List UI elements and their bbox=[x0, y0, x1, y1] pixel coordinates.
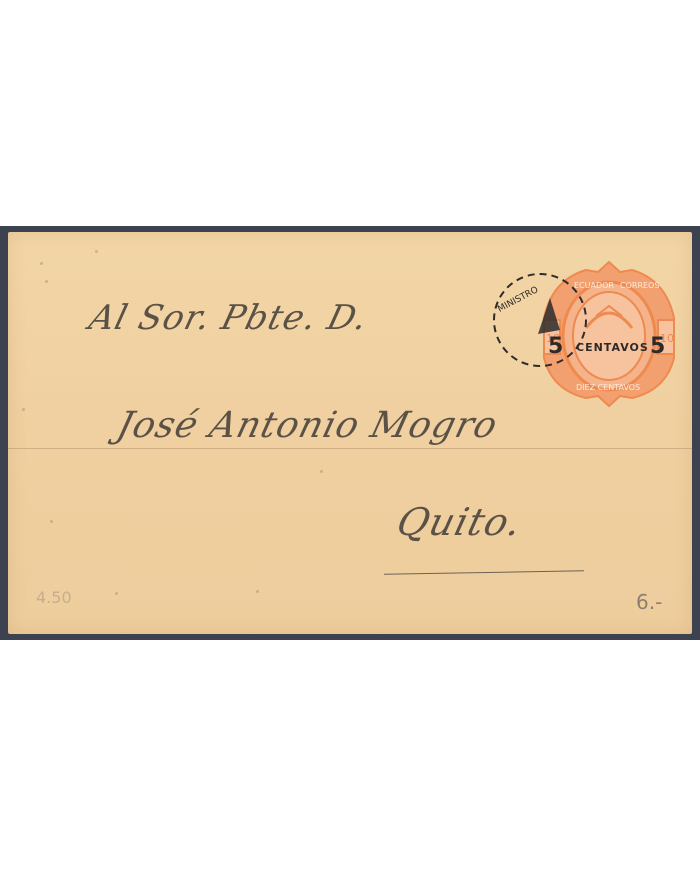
svg-text:MINISTRO: MINISTRO bbox=[496, 285, 540, 315]
surcharge-word: CENTAVOS bbox=[576, 341, 649, 354]
paper-speck bbox=[40, 262, 43, 265]
paper-speck bbox=[95, 250, 98, 253]
paper-speck bbox=[22, 408, 25, 411]
paper-speck bbox=[45, 280, 48, 283]
paper-speck bbox=[115, 592, 118, 595]
pencil-note: 4.50 bbox=[36, 588, 72, 607]
surcharge-value-right: 5 bbox=[650, 334, 665, 359]
address-line-name: José Antonio Mogro bbox=[113, 405, 502, 446]
postmark: MINISTRO bbox=[488, 268, 592, 372]
svg-text:DIEZ CENTAVOS: DIEZ CENTAVOS bbox=[576, 383, 640, 392]
address-line-city: Quito. bbox=[393, 500, 527, 544]
paper-speck bbox=[50, 520, 53, 523]
paper-speck bbox=[320, 470, 323, 473]
paper-speck bbox=[256, 590, 259, 593]
address-line-salutation: Al Sor. Pbte. D. bbox=[85, 298, 372, 338]
fold-line bbox=[8, 448, 692, 449]
svg-text:CORREOS: CORREOS bbox=[620, 281, 659, 290]
price-note: 6.- bbox=[636, 590, 662, 614]
surcharge-value-left: 5 bbox=[548, 334, 563, 359]
